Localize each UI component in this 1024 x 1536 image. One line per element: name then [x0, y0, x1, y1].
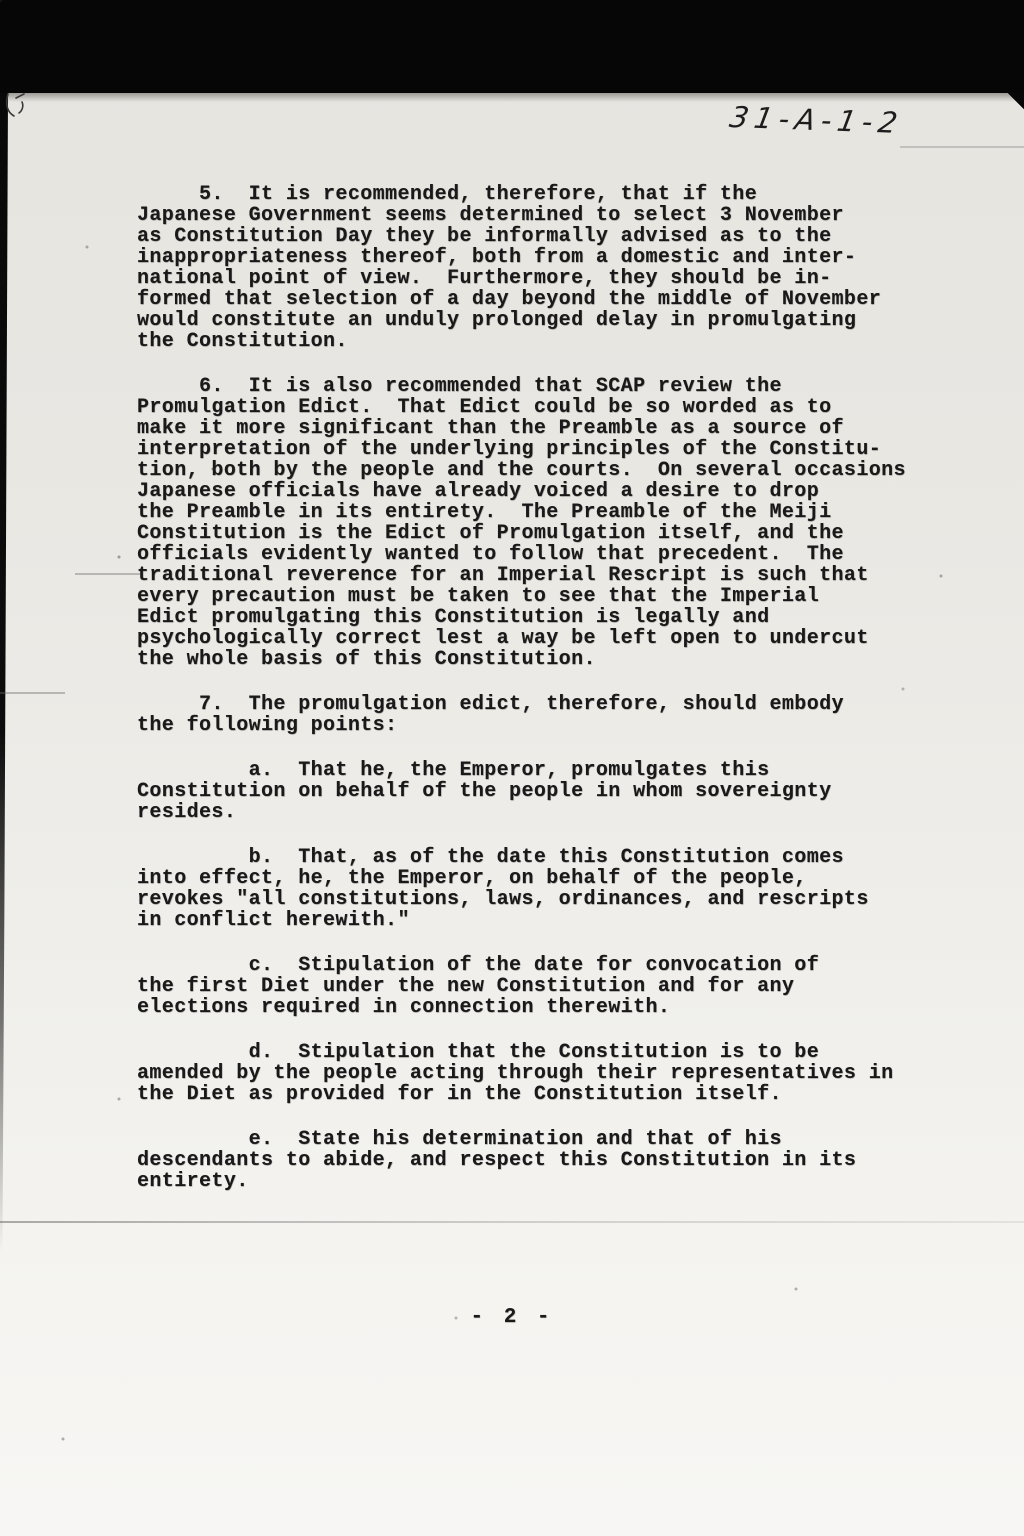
- pen-squiggle-icon: [2, 92, 36, 124]
- text-line: the following points:: [137, 715, 937, 736]
- text-line: Constitution is the Edict of Promulgatio…: [137, 523, 937, 544]
- text-line: make it more significant than the Preamb…: [137, 418, 937, 439]
- text-line: a. That he, the Emperor, promulgates thi…: [137, 760, 937, 781]
- paragraph: e. State his determination and that of h…: [137, 1129, 937, 1192]
- text-line: the Preamble in its entirety. The Preamb…: [137, 502, 937, 523]
- text-line: b. That, as of the date this Constitutio…: [137, 847, 937, 868]
- scanner-black-band-top: [0, 0, 1024, 93]
- text-line: descendants to abide, and respect this C…: [137, 1150, 937, 1171]
- paragraph: 7. The promulgation edict, therefore, sh…: [137, 694, 937, 736]
- text-line: interpretation of the underlying princip…: [137, 439, 937, 460]
- text-line: resides.: [137, 802, 937, 823]
- text-line: into effect, he, the Emperor, on behalf …: [137, 868, 937, 889]
- text-line: Japanese officials have already voiced a…: [137, 481, 937, 502]
- paragraph: 5. It is recommended, therefore, that if…: [137, 184, 937, 352]
- scan-noise-speckles: [0, 0, 2, 2]
- text-line: tion, both by the people and the courts.…: [137, 460, 937, 481]
- page-number: - 2 -: [0, 1306, 1024, 1330]
- paragraph: c. Stipulation of the date for convocati…: [137, 955, 937, 1018]
- scan-artifact-line: [900, 146, 1024, 148]
- paragraph: d. Stipulation that the Constitution is …: [137, 1042, 937, 1105]
- text-line: d. Stipulation that the Constitution is …: [137, 1042, 937, 1063]
- text-line: 5. It is recommended, therefore, that if…: [137, 184, 937, 205]
- paragraph: a. That he, the Emperor, promulgates thi…: [137, 760, 937, 823]
- scanner-black-corner-right: [1004, 93, 1024, 119]
- scanned-page: 31-A-1-2 5. It is recommended, therefore…: [0, 0, 1024, 1536]
- text-line: formed that selection of a day beyond th…: [137, 289, 937, 310]
- scan-artifact-line: [0, 692, 65, 694]
- text-line: in conflict herewith.": [137, 910, 937, 931]
- text-line: the Diet as provided for in the Constitu…: [137, 1084, 937, 1105]
- text-line: every precaution must be taken to see th…: [137, 586, 937, 607]
- text-line: revokes "all constitutions, laws, ordina…: [137, 889, 937, 910]
- text-line: national point of view. Furthermore, the…: [137, 268, 937, 289]
- text-line: Edict promulgating this Constitution is …: [137, 607, 937, 628]
- text-line: c. Stipulation of the date for convocati…: [137, 955, 937, 976]
- document-body: 5. It is recommended, therefore, that if…: [137, 184, 937, 1192]
- handwritten-annotation: 31-A-1-2: [727, 100, 963, 142]
- scan-artifact-line: [75, 573, 140, 575]
- text-line: the Constitution.: [137, 331, 937, 352]
- text-line: e. State his determination and that of h…: [137, 1129, 937, 1150]
- text-line: as Constitution Day they be informally a…: [137, 226, 937, 247]
- pen-squiggle-mark: [2, 92, 36, 129]
- paragraph: 6. It is also recommended that SCAP revi…: [137, 376, 937, 670]
- text-line: amended by the people acting through the…: [137, 1063, 937, 1084]
- text-line: Promulgation Edict. That Edict could be …: [137, 397, 937, 418]
- text-line: would constitute an unduly prolonged del…: [137, 310, 937, 331]
- scanner-black-edge-left: [0, 93, 8, 1253]
- text-line: 6. It is also recommended that SCAP revi…: [137, 376, 937, 397]
- text-line: Japanese Government seems determined to …: [137, 205, 937, 226]
- scan-artifact-line: [0, 1221, 1024, 1223]
- text-line: inappropriateness thereof, both from a d…: [137, 247, 937, 268]
- text-line: the whole basis of this Constitution.: [137, 649, 937, 670]
- text-line: traditional reverence for an Imperial Re…: [137, 565, 937, 586]
- text-line: entirety.: [137, 1171, 937, 1192]
- paragraph: b. That, as of the date this Constitutio…: [137, 847, 937, 931]
- text-line: the first Diet under the new Constitutio…: [137, 976, 937, 997]
- text-line: psychologically correct lest a way be le…: [137, 628, 937, 649]
- text-line: elections required in connection therewi…: [137, 997, 937, 1018]
- text-line: Constitution on behalf of the people in …: [137, 781, 937, 802]
- text-line: 7. The promulgation edict, therefore, sh…: [137, 694, 937, 715]
- text-line: officials evidently wanted to follow tha…: [137, 544, 937, 565]
